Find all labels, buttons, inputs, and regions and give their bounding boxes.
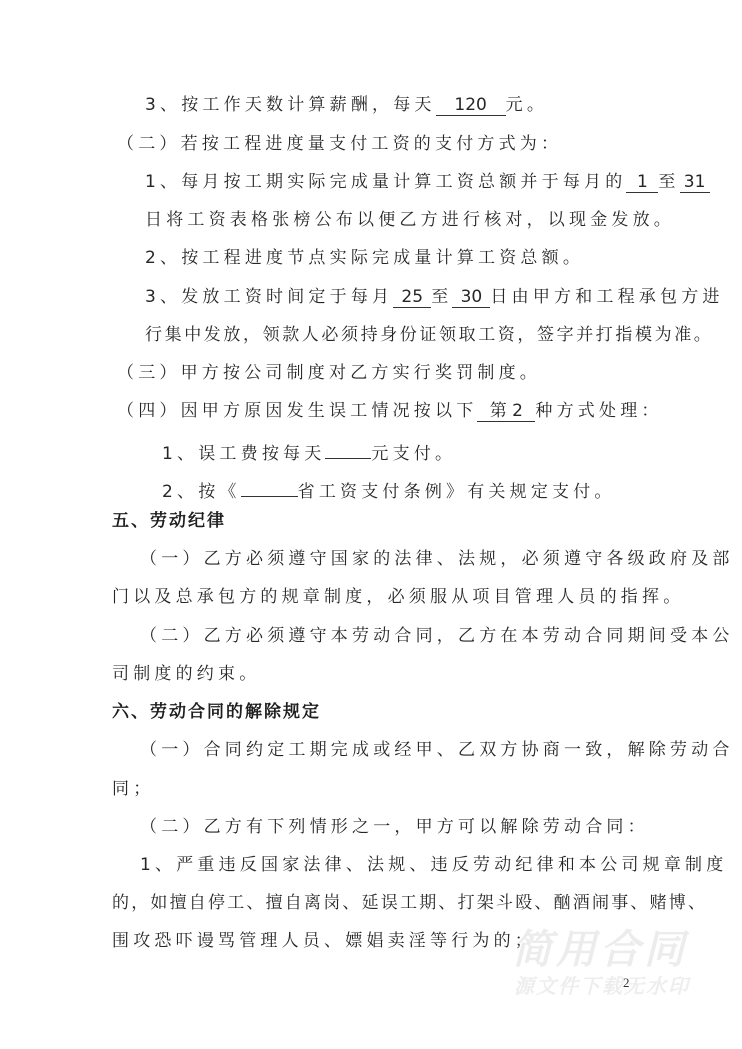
fill-blank	[325, 438, 371, 459]
document-page: 3、按工作天数计算薪酬，每天120元。 （二）若按工程进度量支付工资的支付方式为…	[0, 0, 742, 1049]
text-line: 日将工资表格张榜公布以便乙方进行核对，以现金发放。	[145, 209, 675, 231]
text-line: 3、发放工资时间定于每月25至30日由甲方和工程承包方进	[145, 286, 724, 308]
line-text: 日由甲方和工程承包方进	[490, 287, 723, 307]
text-line: 3、按工作天数计算薪酬，每天120元。	[145, 94, 548, 116]
watermark-title: 简用合同	[512, 918, 688, 975]
line-text: 至	[658, 172, 679, 192]
text-line: 围攻恐吓谩骂管理人员、嫖娼卖淫等行为的；	[112, 930, 536, 952]
line-text: 1、每月按工期实际完成量计算工资总额并于每月的	[145, 172, 626, 192]
line-text: 省工资支付条例》有关规定支付。	[298, 482, 616, 502]
text-line: （二）乙方必须遵守本劳动合同，乙方在本劳动合同期间受本公	[140, 625, 734, 647]
text-line: （一）合同约定工期完成或经甲、乙双方协商一致，解除劳动合	[140, 739, 734, 761]
fill-blank: 25	[393, 287, 431, 308]
line-text: （四）因甲方原因发生误工情况按以下	[117, 401, 477, 421]
text-line: 同；	[112, 778, 154, 800]
fill-blank: 120	[436, 95, 506, 116]
text-line: 1、每月按工期实际完成量计算工资总额并于每月的1至31	[145, 171, 710, 193]
line-text: 2、按《	[162, 482, 241, 502]
text-line: （二）乙方有下列情形之一，甲方可以解除劳动合同：	[140, 816, 649, 838]
text-line: 2、按《省工资支付条例》有关规定支付。	[162, 476, 616, 503]
line-text: 元支付。	[371, 444, 456, 464]
fill-blank	[241, 476, 298, 497]
fill-blank: 30	[452, 287, 490, 308]
text-line: 2、按工程进度节点实际完成量计算工资总额。	[145, 247, 584, 269]
text-line: 行集中发放，领款人必须持身份证领取工资，签字并打指模为准。	[145, 324, 713, 346]
line-text: 1、误工费按每天	[162, 444, 325, 464]
text-line: （一）乙方必须遵守国家的法律、法规，必须遵守各级政府及部	[140, 548, 734, 570]
fill-blank: 31	[680, 172, 710, 193]
page-number: 2	[623, 975, 630, 991]
text-line: （二）若按工程进度量支付工资的支付方式为：	[117, 133, 562, 155]
watermark-subtitle: 源文件下载无水印	[514, 970, 690, 999]
section-heading: 五、劳动纪律	[112, 510, 226, 532]
text-line: （三）甲方按公司制度对乙方实行奖罚制度。	[117, 362, 541, 384]
text-line: （四）因甲方原因发生误工情况按以下第 2种方式处理：	[117, 400, 663, 422]
fill-blank: 第 2	[477, 401, 535, 422]
text-line: 1、严重违反国家法律、法规、违反劳动纪律和本公司规章制度	[140, 854, 727, 876]
text-line: 司制度的约束。	[112, 663, 260, 685]
text-line: 1、误工费按每天元支付。	[162, 438, 456, 465]
section-heading: 六、劳动合同的解除规定	[112, 701, 321, 723]
text-line: 门以及总承包方的规章制度，必须服从项目管理人员的指挥。	[112, 586, 684, 608]
line-text: 元。	[506, 95, 548, 115]
line-text: 种方式处理：	[535, 401, 662, 421]
fill-blank: 1	[626, 172, 658, 193]
text-line: 的，如擅自停工、擅自离岗、延误工期、打架斗殴、酗酒闹事、赌博、	[112, 892, 707, 914]
line-text: 3、发放工资时间定于每月	[145, 287, 393, 307]
line-text: 3、按工作天数计算薪酬，每天	[145, 95, 436, 115]
line-text: 至	[431, 287, 452, 307]
